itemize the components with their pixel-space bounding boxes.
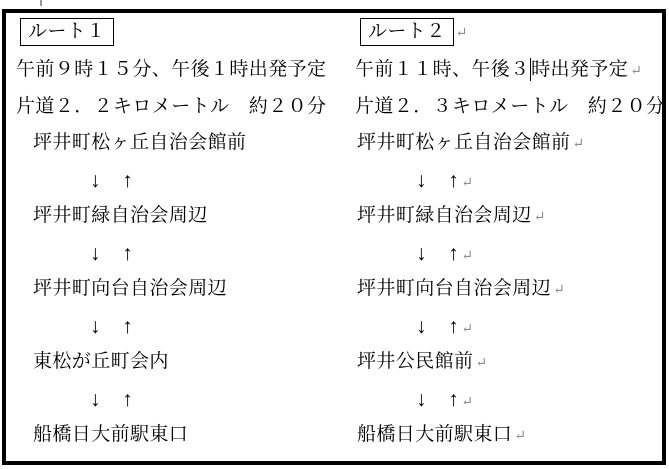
paragraph-mark-icon: ↵: [553, 283, 565, 298]
route2-schedule-text-before-cursor: 午前１１時、午後３: [355, 59, 530, 80]
route2-down-up-arrows-4: ↓ ↑↵: [416, 385, 473, 413]
paragraph-mark-icon: ↵: [475, 356, 487, 371]
route2-stop-2[interactable]: 坪井町緑自治会周辺↵: [357, 202, 545, 230]
route2-down-up-arrows-3: ↓ ↑↵: [416, 312, 473, 340]
route1-down-up-arrows-4: ↓ ↑: [90, 385, 133, 413]
route1-down-up-arrows-2: ↓ ↑: [90, 239, 133, 267]
route2-stop-3[interactable]: 坪井町向台自治会周辺↵: [357, 275, 565, 303]
route2-distance-text: 片道２．３キロメートル 約２０分: [355, 96, 665, 117]
down-up-arrows: ↓ ↑: [416, 168, 459, 192]
route1-stop-4[interactable]: 東松が丘町会内: [33, 348, 169, 376]
paragraph-mark-icon: ↵: [630, 64, 642, 79]
route2-title-box[interactable]: ルート２: [360, 18, 454, 46]
route1-distance-line[interactable]: 片道２．２キロメートル 約２０分: [16, 93, 326, 121]
document-page: ルート１ 午前９時１５分、午後１時出発予定 片道２．２キロメートル 約２０分 坪…: [0, 0, 669, 469]
down-up-arrows: ↓ ↑: [416, 314, 459, 338]
route2-distance-line[interactable]: 片道２．３キロメートル 約２０分↵: [355, 93, 669, 121]
route1-down-up-arrows-3: ↓ ↑: [90, 312, 133, 340]
route2-stop-text: 坪井町緑自治会周辺: [357, 205, 532, 226]
route1-title-row: ルート１: [20, 18, 114, 46]
route1-stop-1[interactable]: 坪井町松ヶ丘自治会館前: [33, 129, 246, 157]
paragraph-mark-icon: ↵: [572, 137, 584, 152]
down-up-arrows: ↓ ↑: [416, 387, 459, 411]
route2-stop-4[interactable]: 坪井公民館前↵: [357, 348, 487, 376]
route2-title-row: ルート２↵: [360, 18, 467, 46]
route2-schedule-line[interactable]: 午前１１時、午後３時出発予定↵: [355, 56, 642, 84]
paragraph-mark-icon: ↵: [534, 210, 546, 225]
route1-stop-2[interactable]: 坪井町緑自治会周辺: [33, 202, 208, 230]
paragraph-mark-icon: ↵: [461, 249, 473, 264]
route2-stop-text: 坪井公民館前: [357, 351, 473, 372]
cropped-paragraph-mark: [40, 0, 42, 6]
route2-stop-text: 坪井町松ヶ丘自治会館前: [357, 132, 570, 153]
down-up-arrows: ↓ ↑: [416, 241, 459, 265]
route2-stop-5[interactable]: 船橋日大前駅東口↵: [357, 421, 526, 449]
paragraph-mark-icon: ↵: [461, 395, 473, 410]
route2-stop-1[interactable]: 坪井町松ヶ丘自治会館前↵: [357, 129, 584, 157]
route1-title-box[interactable]: ルート１: [20, 18, 114, 46]
route2-down-up-arrows-1: ↓ ↑↵: [416, 166, 473, 194]
route2-stop-text: 坪井町向台自治会周辺: [357, 278, 551, 299]
paragraph-mark-icon: ↵: [461, 322, 473, 337]
route1-down-up-arrows-1: ↓ ↑: [90, 166, 133, 194]
paragraph-mark-icon: ↵: [461, 176, 473, 191]
route1-schedule-line[interactable]: 午前９時１５分、午後１時出発予定: [16, 56, 326, 84]
route2-down-up-arrows-2: ↓ ↑↵: [416, 239, 473, 267]
paragraph-mark-icon: ↵: [456, 26, 468, 41]
route1-stop-5[interactable]: 船橋日大前駅東口: [33, 421, 188, 449]
paragraph-mark-icon: ↵: [514, 429, 526, 444]
route2-stop-text: 船橋日大前駅東口: [357, 424, 512, 445]
route2-schedule-text-after-cursor: 時出発予定: [531, 59, 628, 80]
route1-stop-3[interactable]: 坪井町向台自治会周辺: [33, 275, 227, 303]
